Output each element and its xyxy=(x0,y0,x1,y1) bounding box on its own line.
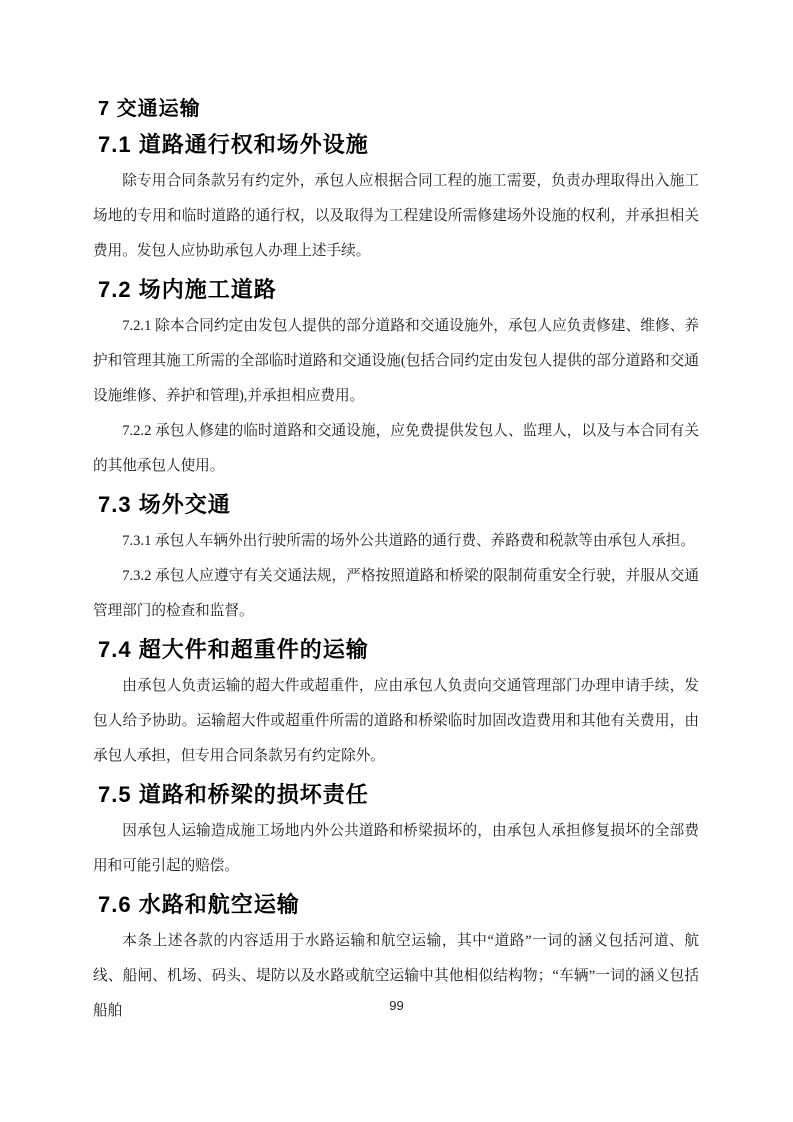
paragraph: 除专用合同条款另有约定外，承包人应根据合同工程的施工需要，负责办理取得出入施工场… xyxy=(93,164,699,269)
paragraph: 本条上述各款的内容适用于水路运输和航空运输，其中“道路”一词的涵义包括河道、航线… xyxy=(93,924,699,1029)
paragraph: 7.2.1 除本合同约定由发包人提供的部分道路和交通设施外，承包人应负责修建、维… xyxy=(93,309,699,414)
section-heading: 7.3 场外交通 xyxy=(98,491,699,519)
section-7-4: 7.4 超大件和超重件的运输 由承包人负责运输的超大件或超重件，应由承包人负责向… xyxy=(93,636,699,774)
paragraph: 7.3.2 承包人应遵守有关交通法规，严格按照道路和桥梁的限制荷重安全行驶，并服… xyxy=(93,559,699,629)
paragraph: 7.3.1 承包人车辆外出行驶所需的场外公共道路的通行费、养路费和税款等由承包人… xyxy=(93,524,699,559)
section-heading: 7.1 道路通行权和场外设施 xyxy=(98,131,699,159)
section-heading: 7.2 场内施工道路 xyxy=(98,276,699,304)
paragraph: 由承包人负责运输的超大件或超重件，应由承包人负责向交通管理部门办理申请手续，发包… xyxy=(93,669,699,774)
document-content: 7 交通运输 7.1 道路通行权和场外设施 除专用合同条款另有约定外，承包人应根… xyxy=(93,96,699,1029)
section-7-1: 7.1 道路通行权和场外设施 除专用合同条款另有约定外，承包人应根据合同工程的施… xyxy=(93,131,699,269)
section-7-5: 7.5 道路和桥梁的损坏责任 因承包人运输造成施工场地内外公共道路和桥梁损坏的，… xyxy=(93,781,699,884)
section-heading: 7.5 道路和桥梁的损坏责任 xyxy=(98,781,699,809)
section-7-2: 7.2 场内施工道路 7.2.1 除本合同约定由发包人提供的部分道路和交通设施外… xyxy=(93,276,699,484)
section-heading: 7.4 超大件和超重件的运输 xyxy=(98,636,699,664)
chapter-heading: 7 交通运输 xyxy=(98,96,699,122)
document-page: 7 交通运输 7.1 道路通行权和场外设施 除专用合同条款另有约定外，承包人应根… xyxy=(0,0,793,1122)
page-number: 99 xyxy=(0,998,793,1013)
section-heading: 7.6 水路和航空运输 xyxy=(98,891,699,919)
section-7-3: 7.3 场外交通 7.3.1 承包人车辆外出行驶所需的场外公共道路的通行费、养路… xyxy=(93,491,699,629)
paragraph: 因承包人运输造成施工场地内外公共道路和桥梁损坏的，由承包人承担修复损坏的全部费用… xyxy=(93,814,699,884)
paragraph: 7.2.2 承包人修建的临时道路和交通设施，应免费提供发包人、监理人，以及与本合… xyxy=(93,414,699,484)
